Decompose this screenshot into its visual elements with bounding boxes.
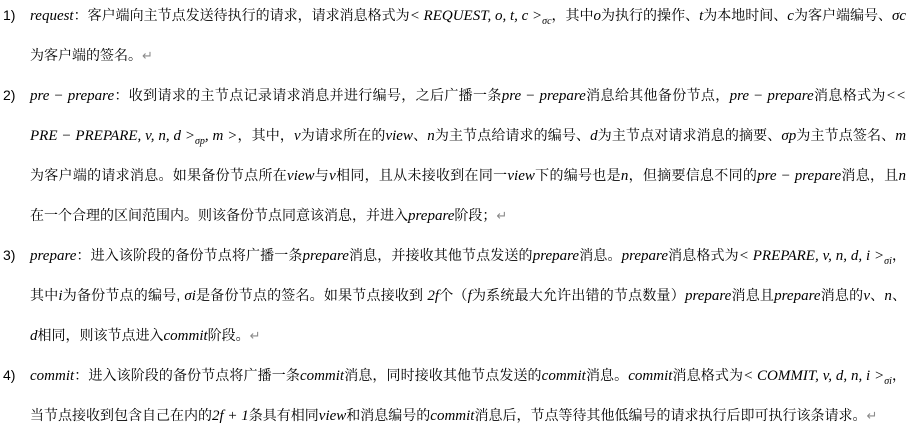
text-run: 为主节点签名、 [796, 127, 895, 143]
math-italic-run: request [30, 8, 74, 24]
math-italic-run: 2f + 1 [212, 408, 249, 424]
text-run: 其中 [30, 287, 58, 303]
item-1-number: 1) [3, 0, 30, 35]
item-2-line-2: PRE − PREPARE, v, n, d >σp, m >，其中，v为请求所… [30, 115, 906, 155]
text-run: 在一个合理的区间范围内。则该备份节点同意该消息，并进入 [30, 207, 408, 223]
text-run: 为主节点对请求消息的摘要、 [598, 127, 782, 143]
math-italic-run: n [899, 168, 907, 184]
math-italic-run: pre − prepare [502, 88, 586, 104]
text-run: 消息格式为 [814, 87, 886, 103]
text-run: 阶段。 [208, 327, 250, 343]
text-run: 消息的 [821, 287, 864, 303]
math-italic-run: prepare [774, 288, 820, 304]
math-italic-run: << [886, 88, 906, 104]
text-run: 消息，并接收其他节点发送的 [349, 247, 533, 263]
math-italic-run: prepare [622, 248, 668, 264]
text-run: 当节点接收到包含自己在内的 [30, 407, 212, 423]
text-run: 消息且 [731, 287, 774, 303]
text-run: 阶段； [454, 207, 496, 223]
math-italic-run: d [30, 328, 38, 344]
item-2-line-3: 为客户端的请求消息。如果备份节点所在view与v相同，且从未接收到在同一view… [30, 155, 906, 195]
item-3-line-3: d相同，则该节点进入commit阶段。↵ [30, 315, 906, 355]
math-italic-run: commit [542, 368, 586, 384]
item-2-line-4: 在一个合理的区间范围内。则该备份节点同意该消息，并进入prepare阶段；↵ [30, 195, 906, 235]
math-italic-run: view [385, 128, 413, 144]
math-italic-run: < REQUEST, o, t, c > [410, 8, 542, 24]
text-run: 和消息编号的 [346, 407, 430, 423]
math-italic-run: commit [628, 368, 672, 384]
text-run: 消息。 [579, 247, 622, 263]
text-run: 消息，且 [841, 167, 898, 183]
math-italic-run: v [863, 288, 870, 304]
line-break-mark-icon: ↵ [142, 49, 153, 64]
math-italic-run: σp [781, 128, 796, 144]
math-italic-run: v [294, 128, 301, 144]
document-page: 1)request：客户端向主节点发送待执行的请求，请求消息格式为< REQUE… [0, 0, 910, 435]
text-run: 与 [315, 167, 330, 183]
text-run: ， [892, 247, 906, 263]
text-run: 相同，且从未接收到在同一 [336, 167, 508, 183]
math-subscript-run: σi [884, 256, 892, 267]
math-italic-run: c [787, 8, 794, 24]
text-run: 为客户端的请求消息。如果备份节点所在 [30, 167, 287, 183]
text-run: 条具有相同 [249, 407, 319, 423]
math-italic-run: commit [430, 408, 474, 424]
text-run: 下的编号也是 [535, 167, 621, 183]
math-italic-run: σc [892, 8, 906, 24]
math-italic-run: , m > [205, 128, 237, 144]
math-italic-run: v [329, 168, 336, 184]
math-italic-run: view [319, 408, 347, 424]
text-run: 消息格式为 [672, 367, 743, 383]
text-run: 、 [870, 287, 884, 303]
text-run: ，其中 [552, 7, 594, 23]
math-italic-run: 2f [427, 288, 439, 304]
math-italic-run: prepare [303, 248, 349, 264]
math-italic-run: n [427, 128, 435, 144]
math-italic-run: pre − prepare [730, 88, 814, 104]
item-1-line-1: 1)request：客户端向主节点发送待执行的请求，请求消息格式为< REQUE… [3, 0, 906, 35]
text-run: 消息后，节点等待其他低编号的请求执行后即可执行该条请求。 [474, 407, 866, 423]
text-run: 为执行的操作、 [601, 7, 699, 23]
text-run: 为备份节点的编号, [63, 287, 185, 303]
text-run: 是备份节点的签名。如果节点接收到 [196, 287, 427, 303]
math-italic-run: m [895, 128, 906, 144]
item-4-line-2: 当节点接收到包含自己在内的2f + 1条具有相同view和消息编号的commit… [30, 395, 906, 435]
math-subscript-run: σi [884, 376, 892, 387]
math-italic-run: view [507, 168, 535, 184]
math-italic-run: n [884, 288, 892, 304]
item-4-line-1: 4)commit：进入该阶段的备份节点将广播一条commit消息，同时接收其他节… [3, 355, 906, 395]
math-italic-run: prepare [533, 248, 579, 264]
text-run: ：进入该阶段的备份节点将广播一条 [74, 367, 300, 383]
item-3-line-1: 3)prepare：进入该阶段的备份节点将广播一条prepare消息，并接收其他… [3, 235, 906, 275]
math-italic-run: prepare [408, 208, 454, 224]
line-break-mark-icon: ↵ [866, 409, 877, 424]
text-run: ：客户端向主节点发送待执行的请求，请求消息格式为 [74, 7, 410, 23]
text-run: 为系统最大允许出错的节点数量） [472, 287, 685, 303]
text-run: 为客户端的签名。 [30, 47, 142, 63]
item-4-number: 4) [3, 355, 30, 395]
math-italic-run: d [590, 128, 598, 144]
text-run: 消息，同时接收其他节点发送的 [344, 367, 542, 383]
math-italic-run: σi [184, 288, 196, 304]
line-break-mark-icon: ↵ [496, 209, 507, 224]
line-break-mark-icon: ↵ [250, 329, 261, 344]
text-run: 为主节点给请求的编号、 [435, 127, 590, 143]
text-run: ：收到请求的主节点记录请求消息并进行编号，之后广播一条 [114, 87, 502, 103]
math-italic-run: view [287, 168, 315, 184]
text-run: 个（ [439, 287, 468, 303]
math-italic-run: pre − prepare [30, 88, 114, 104]
math-italic-run: o [594, 8, 602, 24]
text-run: 为本地时间、 [703, 7, 787, 23]
item-2-line-1: 2)pre − prepare：收到请求的主节点记录请求消息并进行编号，之后广播… [3, 75, 906, 115]
text-run: 为客户端编号、 [794, 7, 892, 23]
item-3-number: 3) [3, 235, 30, 275]
text-run: 消息。 [586, 367, 628, 383]
math-italic-run: pre − prepare [757, 168, 841, 184]
text-run: 相同，则该节点进入 [38, 327, 164, 343]
text-run: 消息格式为 [668, 247, 739, 263]
math-italic-run: prepare [685, 288, 731, 304]
text-run: ， [892, 367, 906, 383]
math-italic-run: < PREPARE, v, n, d, i > [739, 248, 884, 264]
math-italic-run: PRE − PREPARE, v, n, d > [30, 128, 195, 144]
text-run: 为请求所在的 [301, 127, 386, 143]
item-2-number: 2) [3, 75, 30, 115]
text-run: 消息给其他备份节点， [586, 87, 730, 103]
math-italic-run: < COMMIT, v, d, n, i > [743, 368, 884, 384]
math-italic-run: commit [30, 368, 74, 384]
math-italic-run: commit [164, 328, 208, 344]
text-run: ，其中， [237, 127, 294, 143]
math-subscript-run: σp [195, 136, 205, 147]
text-run: ，但摘要信息不同的 [628, 167, 757, 183]
math-subscript-run: σc [542, 16, 551, 27]
text-run: 、 [892, 287, 906, 303]
text-run: ：进入该阶段的备份节点将广播一条 [76, 247, 302, 263]
math-italic-run: commit [300, 368, 344, 384]
text-run: 、 [413, 127, 427, 143]
item-1-line-2: 为客户端的签名。↵ [30, 35, 906, 75]
item-3-line-2: 其中i为备份节点的编号, σi是备份节点的签名。如果节点接收到 2f个（f为系统… [30, 275, 906, 315]
math-italic-run: prepare [30, 248, 76, 264]
